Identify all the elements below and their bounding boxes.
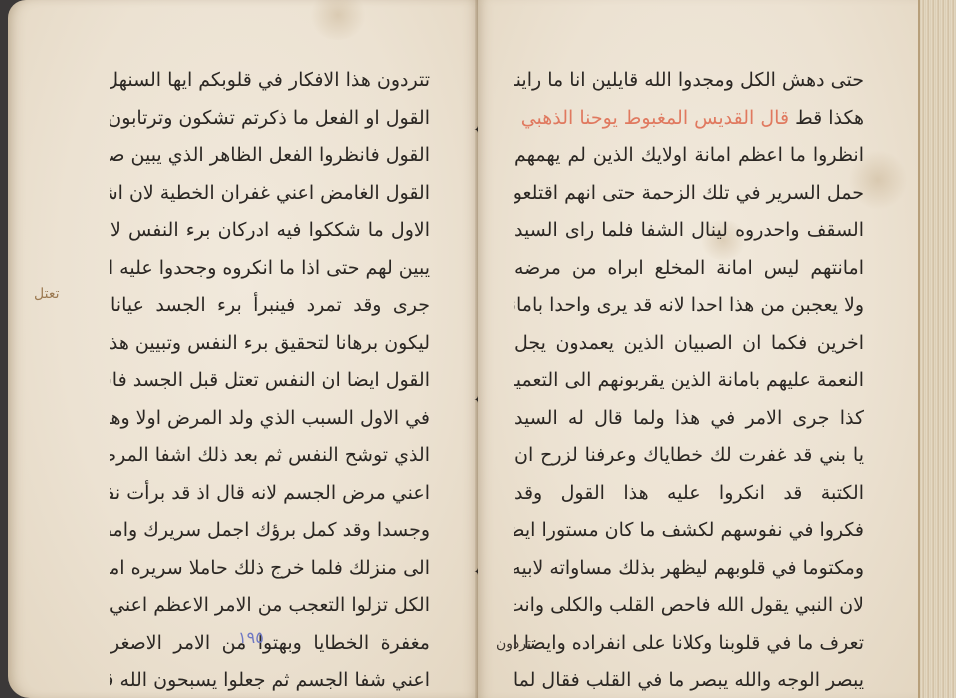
text-line: يا بني قد غفرت لك خطاياك وعرفنا لزرح ان	[514, 437, 864, 475]
text-line: تعرف ما في قلوبنا وكلانا على انفراده واي…	[514, 625, 864, 663]
right-page-text: حتى دهش الكل ومجدوا الله قايلين انا ما ر…	[514, 62, 864, 698]
text-line: ومكتوما في قلوبهم ليظهر بذلك مساواته لاب…	[514, 550, 864, 588]
text-line: مغفرة الخطايا وبهتوا من الامر الاصغر	[110, 625, 430, 663]
text-line: القول فانظروا الفعل الظاهر الذي يبين صحة	[110, 137, 430, 175]
text-line: القول الغامض اعني غفران الخطية لان اشفاء	[110, 175, 430, 213]
rubric-heading: قال القديس المغبوط يوحنا الذهبي فم	[514, 107, 789, 129]
text-line: حمل السرير في تلك الزحمة حتى انهم اقتلعو…	[514, 175, 864, 213]
text-segment: هكذا قط	[795, 107, 864, 129]
text-line: السقف واحدروه لينال الشفا فلما راى السيد	[514, 212, 864, 250]
text-line-with-rubric: هكذا قط قال القديس المغبوط يوحنا الذهبي …	[514, 100, 864, 138]
text-line: كذا جرى الامر في هذا ولما قال له السيد	[514, 400, 864, 438]
text-line: في الاول السبب الذي ولد المرض اولا وهو ا…	[110, 400, 430, 438]
text-line: اعني شفا الجسم ثم جعلوا يسبحون الله قايل…	[110, 662, 430, 698]
text-line: الذي توشح النفس ثم بعد ذلك اشفا المرض نف…	[110, 437, 430, 475]
text-line: وجسدا وقد كمل برؤك اجمل سريرك وامض	[110, 512, 430, 550]
text-line: ولا يعجبن من هذا احدا لانه قد يرى واحدا …	[514, 287, 864, 325]
folio-number: ١٩٥	[238, 628, 264, 647]
text-line: اخرين فكما ان الصبيان الذين يعمدون يجل	[514, 325, 864, 363]
text-line: تتردون هذا الافكار في قلوبكم ايها السنهل	[110, 62, 430, 100]
text-line: جرى وقد تمرد فينبرأ برء الجسد عيانا	[110, 287, 430, 325]
page-block-edges	[918, 0, 956, 698]
text-line: فكروا في نفوسهم لكشف ما كان مستورا ايضا	[514, 512, 864, 550]
left-page-text: تتردون هذا الافكار في قلوبكم ايها السنهل…	[110, 62, 430, 698]
text-line: يبصر الوجه والله يبصر ما في القلب فقال ل…	[514, 662, 864, 698]
text-line: انظروا ما اعظم امانة اولايك الذين لم يهم…	[514, 137, 864, 175]
catchword: تتردون	[496, 636, 535, 652]
text-line: ليكون برهانا لتحقيق برء النفس وتبيين هذا	[110, 325, 430, 363]
text-line: اعني مرض الجسم لانه قال اذ قد برأت نفسا	[110, 475, 430, 513]
text-line: امانتهم ليس امانة المخلع ابراه من مرضه	[514, 250, 864, 288]
right-page: حتى دهش الكل ومجدوا الله قايلين انا ما ر…	[478, 0, 918, 698]
text-line: الكتبة قد انكروا عليه هذا القول وقد	[514, 475, 864, 513]
text-line: يبين لهم حتى اذا ما انكروه وجحدوا عليه ا…	[110, 250, 430, 288]
water-stain	[308, 0, 368, 40]
manuscript-spread: تعتل تتردون هذا الافكار في قلوبكم ايها ا…	[0, 0, 956, 698]
text-line: القول ايضا ان النفس تعتل قبل الجسد فاشفا	[110, 362, 430, 400]
margin-note: تعتل	[34, 286, 59, 302]
left-page: تعتل تتردون هذا الافكار في قلوبكم ايها ا…	[8, 0, 478, 698]
text-line: الكل تزلوا التعجب من الامر الاعظم اعني	[110, 587, 430, 625]
text-line: لان النبي يقول الله فاحص القلب والكلى وا…	[514, 587, 864, 625]
text-line: القول او الفعل ما ذكرتم تشكون وترتابون ف…	[110, 100, 430, 138]
text-line: النعمة عليهم بامانة الذين يقربونهم الى ا…	[514, 362, 864, 400]
text-line: حتى دهش الكل ومجدوا الله قايلين انا ما ر…	[514, 62, 864, 100]
text-line: الى منزلك فلما خرج ذلك حاملا سريره امام	[110, 550, 430, 588]
text-line: الاول ما شككوا فيه ادركان برء النفس لا	[110, 212, 430, 250]
